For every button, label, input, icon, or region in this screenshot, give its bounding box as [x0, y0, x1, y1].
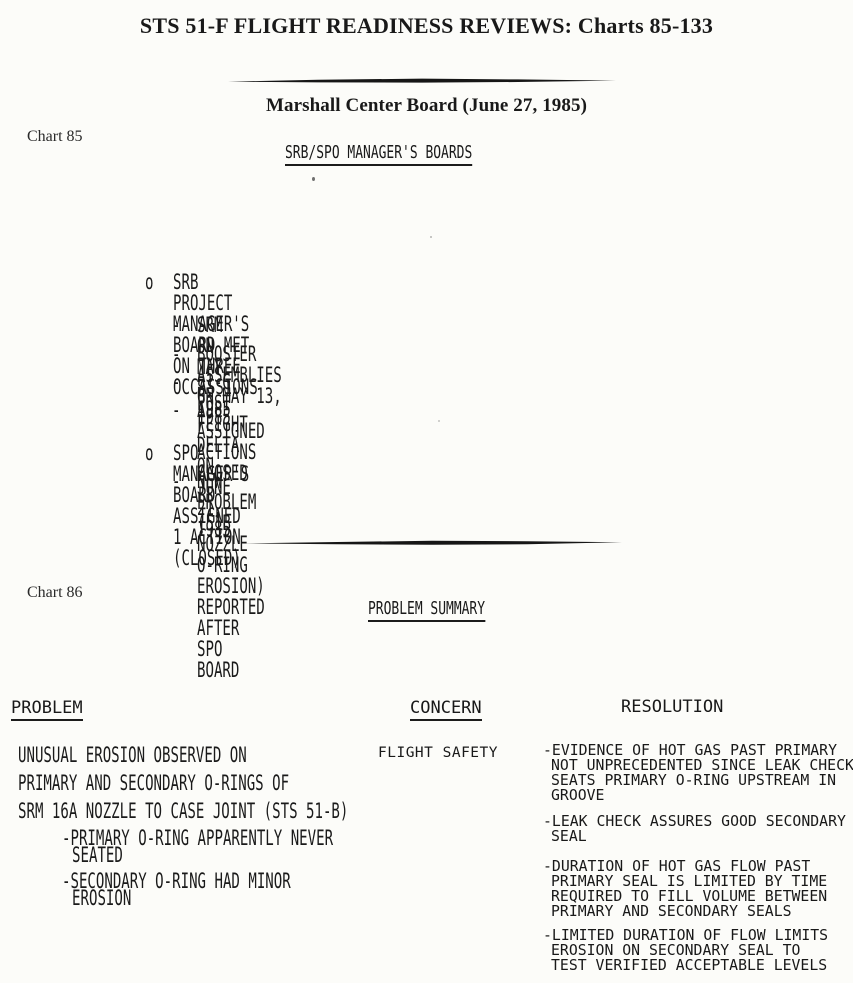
scan-speck	[312, 177, 315, 181]
board-title: Marshall Center Board (June 27, 1985)	[0, 95, 853, 117]
bullet-marker: o	[145, 443, 153, 464]
document-page: STS 51-F FLIGHT READINESS REVIEWS: Chart…	[0, 0, 853, 983]
chart-86-heading: PROBLEM SUMMARY	[368, 600, 485, 622]
column-header-concern: CONCERN	[410, 700, 482, 721]
problem-sub-bullet: -SECONDARY O-RING HAD MINOR EROSION	[62, 873, 403, 910]
problem-line-text: PRIMARY AND SECONDARY O-RINGS OF	[18, 773, 289, 794]
problem-line-text: SRM 16A NOZZLE TO CASE JOINT (STS 51-B)	[18, 801, 348, 822]
chart-85-heading-wrap: SRB/SPO MANAGER'S BOARDS	[285, 144, 545, 166]
resolution-bullet: -DURATION OF HOT GAS FLOW PAST PRIMARY S…	[543, 859, 853, 919]
sub-bullet-marker: -	[172, 372, 180, 393]
resolution-bullet: -LEAK CHECK ASSURES GOOD SECONDARY SEAL	[543, 814, 853, 844]
resolution-bullet: -EVIDENCE OF HOT GAS PAST PRIMARY NOT UN…	[543, 743, 853, 803]
divider-line-middle	[242, 539, 622, 547]
column-header-concern-wrap: CONCERN	[410, 700, 482, 721]
problem-line: PRIMARY AND SECONDARY O-RINGS OF	[18, 773, 423, 795]
page-title: STS 51-F FLIGHT READINESS REVIEWS: Chart…	[0, 13, 853, 39]
problem-line-text: UNUSUAL EROSION OBSERVED ON	[18, 745, 247, 766]
problem-sub-bullet: -PRIMARY O-RING APPARENTLY NEVER SEATED	[62, 830, 467, 867]
column-header-problem: PROBLEM	[11, 700, 83, 721]
scan-speck	[438, 420, 440, 422]
chart-85-heading: SRB/SPO MANAGER'S BOARDS	[285, 144, 472, 166]
problem-line: SRM 16A NOZZLE TO CASE JOINT (STS 51-B)	[18, 801, 511, 823]
resolution-bullet: -LIMITED DURATION OF FLOW LIMITS EROSION…	[543, 928, 853, 973]
column-header-resolution-wrap: RESOLUTION	[621, 699, 723, 717]
sub-bullet-marker: -	[172, 344, 180, 365]
column-header-problem-wrap: PROBLEM	[11, 700, 83, 721]
chart-86-heading-wrap: PROBLEM SUMMARY	[368, 600, 531, 622]
column-header-resolution: RESOLUTION	[621, 699, 723, 716]
chart-86-label: Chart 86	[27, 584, 83, 602]
sub-bullet-marker: -	[172, 400, 180, 421]
sub-bullet-text: NEW PROBLEM (51B NOZZLE O-RING EROSION) …	[197, 471, 265, 681]
problem-sub-bullet-text: -SECONDARY O-RING HAD MINOR EROSION	[62, 873, 291, 907]
concern-value: FLIGHT SAFETY	[378, 746, 498, 761]
scan-speck	[430, 236, 432, 238]
divider-line-top	[228, 77, 616, 85]
problem-sub-bullet-text: -PRIMARY O-RING APPARENTLY NEVER SEATED	[62, 830, 333, 864]
bullet-marker: o	[145, 272, 153, 293]
problem-line: UNUSUAL EROSION OBSERVED ON	[18, 745, 359, 767]
sub-bullet-marker: -	[172, 315, 180, 336]
chart-85-label: Chart 85	[27, 128, 83, 146]
sub-bullet-marker: -	[172, 471, 180, 492]
